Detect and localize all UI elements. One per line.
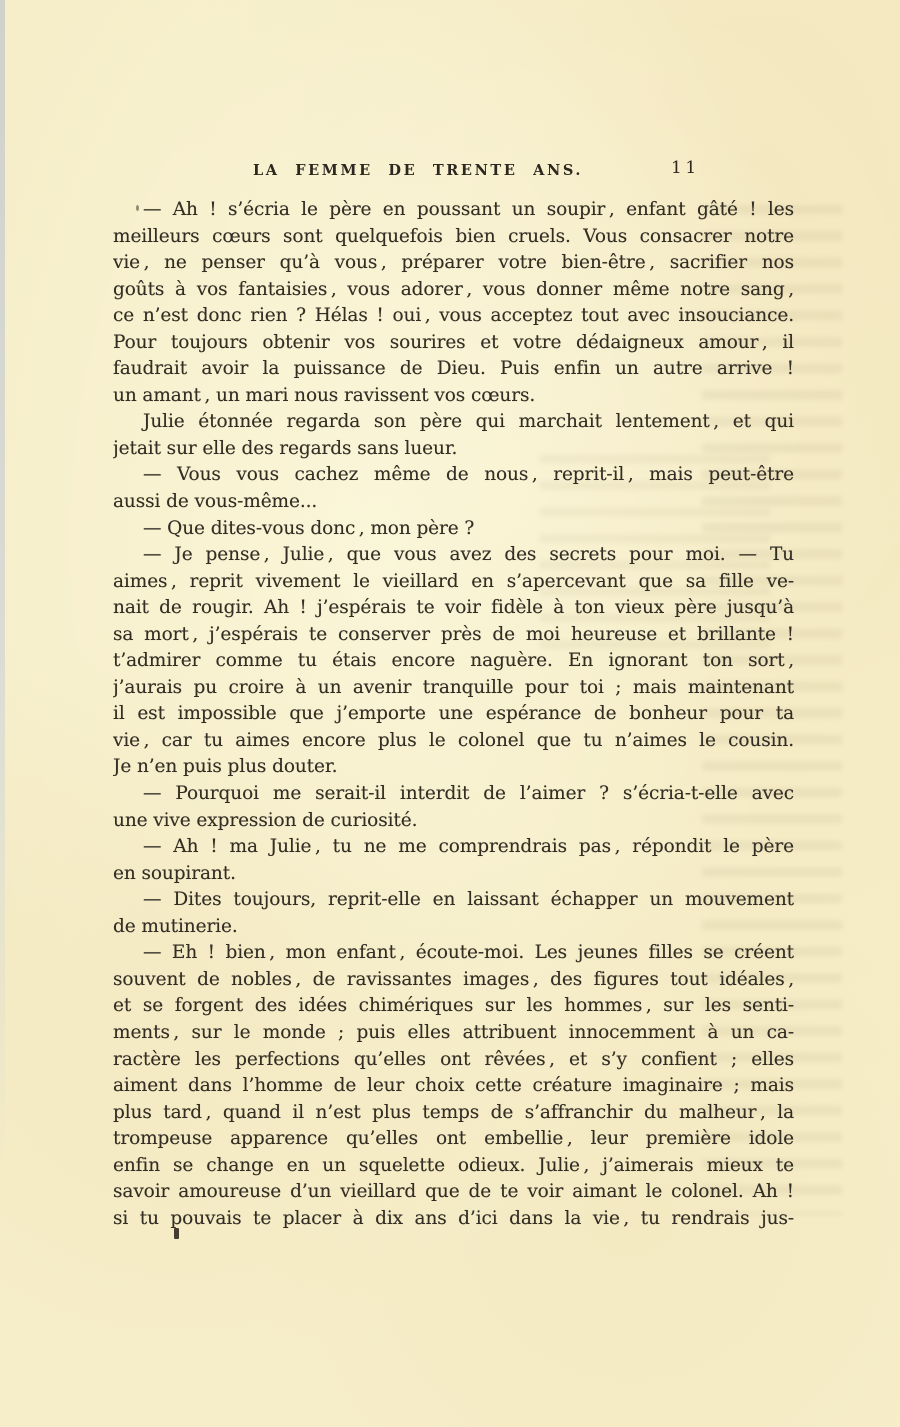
- text-line: aiment dans l’homme de leur choix cette …: [113, 1073, 794, 1100]
- text-line: — Eh ! bien , mon enfant , écoute-moi. L…: [113, 940, 794, 967]
- text-line: Pour toujours obtenir vos sourires et vo…: [113, 330, 794, 357]
- running-title: LA FEMME DE TRENTE ANS.: [253, 162, 583, 179]
- text-line: — Je pense , Julie , que vous avez des s…: [113, 542, 794, 569]
- paragraph: — Ah ! s’écria le père en poussant un so…: [113, 197, 794, 409]
- text-line: — Ah ! ma Julie , tu ne me comprendrais …: [113, 834, 794, 861]
- text-line: — Pourquoi me serait-il interdit de l’ai…: [113, 781, 794, 808]
- text-line: plus tard , quand il n’est plus temps de…: [113, 1100, 794, 1127]
- book-page: LA FEMME DE TRENTE ANS. 11 — Ah ! s’écri…: [0, 0, 900, 1427]
- paragraph: — Vous vous cachez même de nous , reprit…: [113, 462, 794, 515]
- text-line: aussi de vous-même...: [113, 489, 794, 516]
- text-line: de mutinerie.: [113, 914, 794, 941]
- text-line: — Que dites-vous donc , mon père ?: [113, 516, 794, 543]
- paragraph: — Dites toujours, reprit-elle en laissan…: [113, 887, 794, 940]
- text-line: goûts à vos fantaisies , vous adorer , v…: [113, 277, 794, 304]
- text-line: en soupirant.: [113, 861, 794, 888]
- paragraph: — Ah ! ma Julie , tu ne me comprendrais …: [113, 834, 794, 887]
- text-block: — Ah ! s’écria le père en poussant un so…: [113, 197, 794, 1232]
- text-line: t’admirer comme tu étais encore naguère.…: [113, 648, 794, 675]
- text-line: faudrait avoir la puissance de Dieu. Pui…: [113, 356, 794, 383]
- text-line: jetait sur elle des regards sans lueur.: [113, 436, 794, 463]
- paragraph: — Je pense , Julie , que vous avez des s…: [113, 542, 794, 781]
- scan-edge: [0, 0, 5, 1180]
- paragraph: — Que dites-vous donc , mon père ?: [113, 516, 794, 543]
- text-line: aimes , reprit vivement le vieillard en …: [113, 569, 794, 596]
- text-line: Julie étonnée regarda son père qui march…: [113, 409, 794, 436]
- text-line: ments , sur le monde ; puis elles attrib…: [113, 1020, 794, 1047]
- paragraph: — Eh ! bien , mon enfant , écoute-moi. L…: [113, 940, 794, 1232]
- paragraph: — Pourquoi me serait-il interdit de l’ai…: [113, 781, 794, 834]
- text-line: — Vous vous cachez même de nous , reprit…: [113, 462, 794, 489]
- text-line: enfin se change en un squelette odieux. …: [113, 1153, 794, 1180]
- text-line: Je n’en puis plus douter.: [113, 754, 794, 781]
- text-line: savoir amoureuse d’un vieillard que de t…: [113, 1179, 794, 1206]
- text-line: un amant , un mari nous ravissent vos cœ…: [113, 383, 794, 410]
- ink-speck: [136, 205, 139, 211]
- ink-speck: [174, 1228, 179, 1239]
- paragraph: Julie étonnée regarda son père qui march…: [113, 409, 794, 462]
- text-line: ractère les perfections qu’elles ont rêv…: [113, 1047, 794, 1074]
- text-line: sa mort , j’espérais te conserver près d…: [113, 622, 794, 649]
- page-number: 11: [671, 158, 700, 178]
- text-line: nait de rougir. Ah ! j’espérais te voir …: [113, 595, 794, 622]
- text-line: vie , ne penser qu’à vous , préparer vot…: [113, 250, 794, 277]
- running-header: LA FEMME DE TRENTE ANS. 11: [0, 158, 900, 186]
- text-line: — Ah ! s’écria le père en poussant un so…: [113, 197, 794, 224]
- text-line: j’aurais pu croire à un avenir tranquill…: [113, 675, 794, 702]
- text-line: meilleurs cœurs sont quelquefois bien cr…: [113, 224, 794, 251]
- text-line: si tu pouvais te placer à dix ans d’ici …: [113, 1206, 794, 1233]
- text-line: — Dites toujours, reprit-elle en laissan…: [113, 887, 794, 914]
- text-line: ce n’est donc rien ? Hélas ! oui , vous …: [113, 303, 794, 330]
- text-line: et se forgent des idées chimériques sur …: [113, 993, 794, 1020]
- text-line: souvent de nobles , de ravissantes image…: [113, 967, 794, 994]
- text-line: vie , car tu aimes encore plus le colone…: [113, 728, 794, 755]
- text-line: une vive expression de curiosité.: [113, 808, 794, 835]
- text-line: trompeuse apparence qu’elles ont embelli…: [113, 1126, 794, 1153]
- text-line: il est impossible que j’emporte une espé…: [113, 701, 794, 728]
